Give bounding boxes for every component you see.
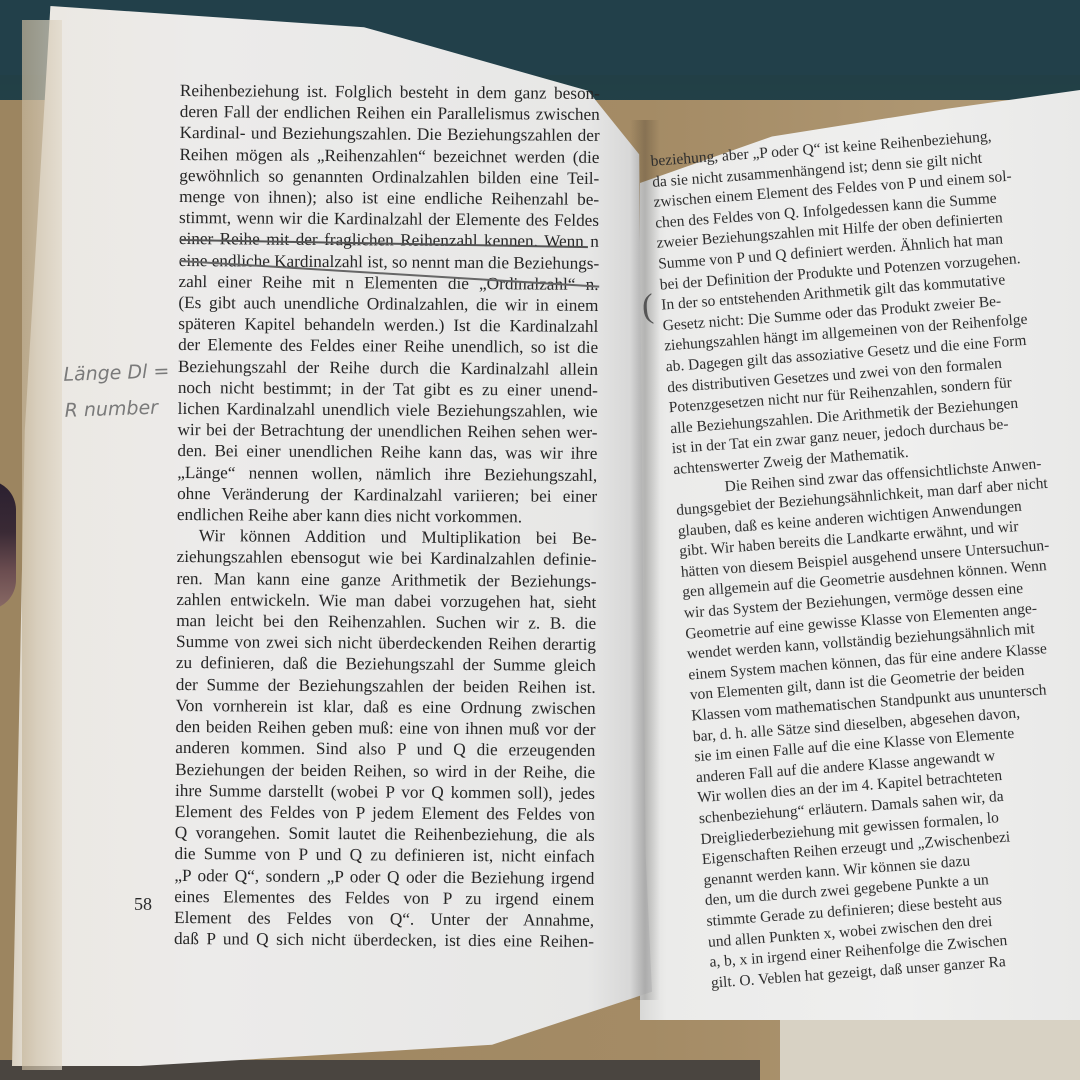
text-line: Q vorangehen. Somit lautet die Reihenbez… [175,822,595,846]
text-line: Reihen mögen als „Reihenzahlen“ bezeichn… [179,144,599,168]
text-line: lichen Kardinalzahl unendlich viele Bezi… [178,398,598,422]
text-line: ohne Veränderung der Kardinalzahl variie… [177,483,597,507]
text-line: Beziehungen der beiden Reihen, so wird i… [175,758,595,782]
text-line: anderen kommen. Sind also P und Q die er… [175,737,595,761]
page-edge [22,20,62,1070]
text-line: eines Elementes des Feldes von P zu irge… [174,886,594,910]
text-line: ihre Summe darstellt (wobei P vor Q komm… [175,780,595,804]
text-line: zu definieren, daß die Beziehungszahl de… [176,652,596,676]
margin-note-line: Länge Dl = [63,353,170,393]
text-line: zahlen entwickeln. Wie man dabei vorzuge… [176,589,596,613]
page-number: 58 [134,894,152,915]
text-line: endlichen Reihe aber kann dies nicht vor… [177,504,597,528]
text-line: (Es gibt auch unendliche Ordinalzahlen, … [178,292,598,316]
handwritten-margin-note: Länge Dl = R number [63,353,171,429]
text-line: noch nicht bestimmt; in der Tat gibt es … [178,377,598,401]
left-page-text: Reihenbeziehung ist. Folglich besteht in… [174,80,600,952]
text-line: gewöhnlich so genannten Ordinalzahlen bi… [179,165,599,189]
text-line: Kardinal- und Beziehungszahlen. Die Bezi… [180,122,600,146]
text-line: der Elemente des Feldes einer Reihe unen… [178,334,598,358]
text-line: Element des Feldes von Q“. Unter der Ann… [174,907,594,931]
text-line: ren. Man kann eine ganze Arithmetik der … [176,568,596,592]
text-line: wir bei der Betrachtung der unendlichen … [177,419,597,443]
text-line: den beiden Reihen geben muß: eine von ih… [175,716,595,740]
text-line: ziehungszahlen ebensogut wie bei Kardina… [177,546,597,570]
text-line: der Summe der Beziehungszahlen der beide… [176,674,596,698]
finger-holding-page [0,480,16,610]
text-line: Summe von zwei sich nicht überdeckenden … [176,631,596,655]
right-page-text: beziehung, aber „P oder Q“ ist keine Rei… [650,120,1080,994]
text-line: daß P und Q sich nicht überdecken, ist d… [174,928,594,952]
text-line: Von vornherein ist klar, daß es eine Ord… [176,695,596,719]
text-line: stimmt, wenn wir die Kardinalzahl der El… [179,207,599,231]
text-line: Beziehungszahl der Reihe durch die Kardi… [178,356,598,380]
text-line: späteren Kapitel behandeln werden.) Ist … [178,313,598,337]
text-line: Wir können Addition und Multiplikation b… [177,525,597,549]
text-line: menge von ihnen); also ist eine endliche… [179,186,599,210]
margin-note-line: R number [64,389,171,429]
text-line: „P oder Q“, sondern „P oder Q oder die B… [174,864,594,888]
text-line: Reihenbeziehung ist. Folglich besteht in… [180,80,600,104]
text-line: eine endliche Kardinalzahl ist, so nennt… [179,250,599,274]
text-line: Element des Feldes von P jedem Element d… [175,801,595,825]
text-line: den. Bei einer unendlichen Reihe kann da… [177,440,597,464]
text-line: man leicht bei den Reihenzahlen. Suchen … [176,610,596,634]
book-gutter [630,120,660,1000]
text-line: die Summe von P und Q zu definieren ist,… [175,843,595,867]
text-line: deren Fall der endlichen Reihen ein Para… [180,101,600,125]
text-line: „Länge“ nennen wollen, nämlich ihre Bezi… [177,462,597,486]
